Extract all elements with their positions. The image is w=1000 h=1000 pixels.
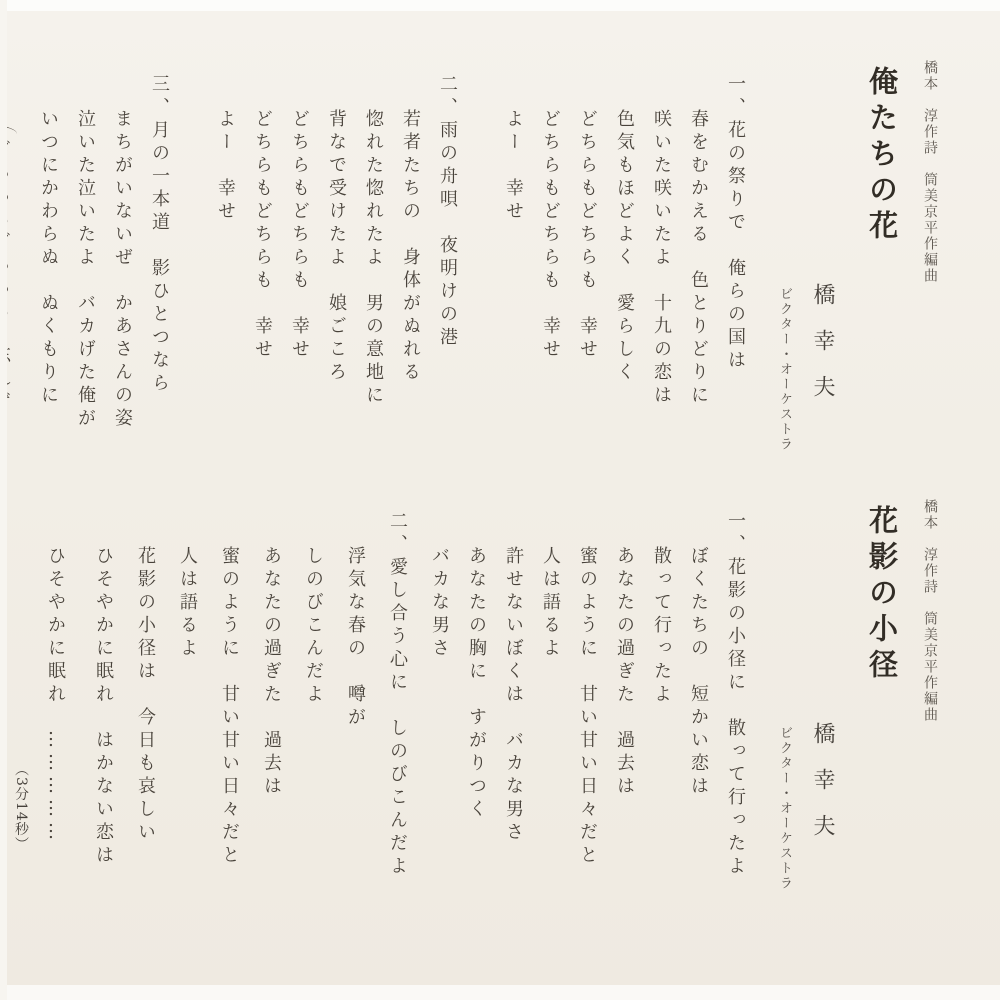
lyric-column: ひそやかに眠れ …………… xyxy=(42,546,68,947)
paper-edge-left xyxy=(0,0,7,1000)
lyric-column: 浮気な春の 噂が xyxy=(342,546,368,947)
song-block-2: 橋本 淳作詩 筒美京平作編曲 花影の小径 橋 幸 夫 ビクター・オーケストラ 一… xyxy=(0,497,940,947)
duration-label: （3分14秒） xyxy=(11,762,31,947)
lyric-column: 背なで受けたよ 娘ごころ xyxy=(323,109,349,478)
lyric-column: 散って行ったよ xyxy=(648,546,674,947)
paper-edge-top xyxy=(0,0,1000,11)
lyric-column: あなたの過ぎた 過去は xyxy=(258,546,284,947)
lyric-sheet-paper: 橋本 淳作詩 筒美京平作編曲 俺たちの花 橋 幸 夫 ビクター・オーケストラ 一… xyxy=(0,0,1000,1000)
lyric-column: 蜜のように 甘い甘い日々だと xyxy=(216,546,242,947)
lyric-column: 一、花影の小径に 散って行ったよ xyxy=(722,511,748,947)
lyric-column: どちらもどちらも 幸せ xyxy=(249,109,275,478)
lyric-column: 咲いた咲いたよ 十九の恋は xyxy=(648,109,674,478)
songwriter-credits: 橋本 淳作詩 筒美京平作編曲 xyxy=(920,499,940,947)
lyric-column: 二、雨の舟唄 夜明けの港 xyxy=(434,74,460,478)
lyric-column: しのびこんだよ xyxy=(300,546,326,947)
lyric-column: どちらもどちらも 幸せ xyxy=(286,109,312,478)
lyric-column: 泣いた泣いたよ バカげた俺が xyxy=(72,109,98,478)
lyric-column: いつにかわらぬ ぬくもりに xyxy=(35,109,61,478)
lyric-column: どちらもどちらも 幸せ xyxy=(537,109,563,478)
lyric-column: あなたの過ぎた 過去は xyxy=(611,546,637,947)
singer-name: 橋 幸 夫 xyxy=(807,722,838,947)
lyric-column: 若者たちの 身体がぬれる xyxy=(397,109,423,478)
lyric-column: 三、月の一本道 影ひとつなら xyxy=(146,74,172,478)
lyric-column: 春をむかえる 色とりどりに xyxy=(685,109,711,478)
lyric-column: 蜜のように 甘い甘い日々だと xyxy=(574,546,600,947)
orchestra-name: ビクター・オーケストラ xyxy=(775,287,794,478)
song-block-1: 橋本 淳作詩 筒美京平作編曲 俺たちの花 橋 幸 夫 ビクター・オーケストラ 一… xyxy=(0,58,940,478)
lyric-column: 人は語るよ xyxy=(174,546,200,947)
lyric-column: 一、花の祭りで 俺らの国は xyxy=(722,74,748,478)
lyric-column: よー 幸せ xyxy=(212,109,238,478)
lyric-column: ぼくたちの 短かい恋は xyxy=(685,546,711,947)
lyric-column: 花影の小径は 今日も哀しい xyxy=(132,546,158,947)
lyric-column: どちらもどちらも 幸せ xyxy=(574,109,600,478)
singer-name: 橋 幸 夫 xyxy=(807,283,838,478)
orchestra-name: ビクター・オーケストラ xyxy=(775,726,794,947)
lyric-column: 二、愛し合う心に しのびこんだよ xyxy=(384,511,410,947)
lyric-column: まちがいないぜ かあさんの姿 xyxy=(109,109,135,478)
songwriter-credits: 橋本 淳作詩 筒美京平作編曲 xyxy=(920,60,940,478)
song-title: 花影の小径 xyxy=(862,505,903,947)
lyric-column: よー 幸せ xyxy=(500,109,526,478)
lyric-column: 許せないぼくは バカな男さ xyxy=(500,546,526,947)
song-title: 俺たちの花 xyxy=(862,66,903,478)
lyric-column: ひそやかに眠れ はかない恋は xyxy=(90,546,116,947)
lyric-column: あなたの胸に すがりつく xyxy=(463,546,489,947)
lyric-column: 惚れた惚れたよ 男の意地に xyxy=(360,109,386,478)
lyric-column: 人は語るよ xyxy=(537,546,563,947)
paper-edge-bottom xyxy=(0,985,1000,1000)
lyric-column: 色気もほどよく 愛らしく xyxy=(611,109,637,478)
lyric-column: バカな男さ xyxy=(426,546,452,947)
